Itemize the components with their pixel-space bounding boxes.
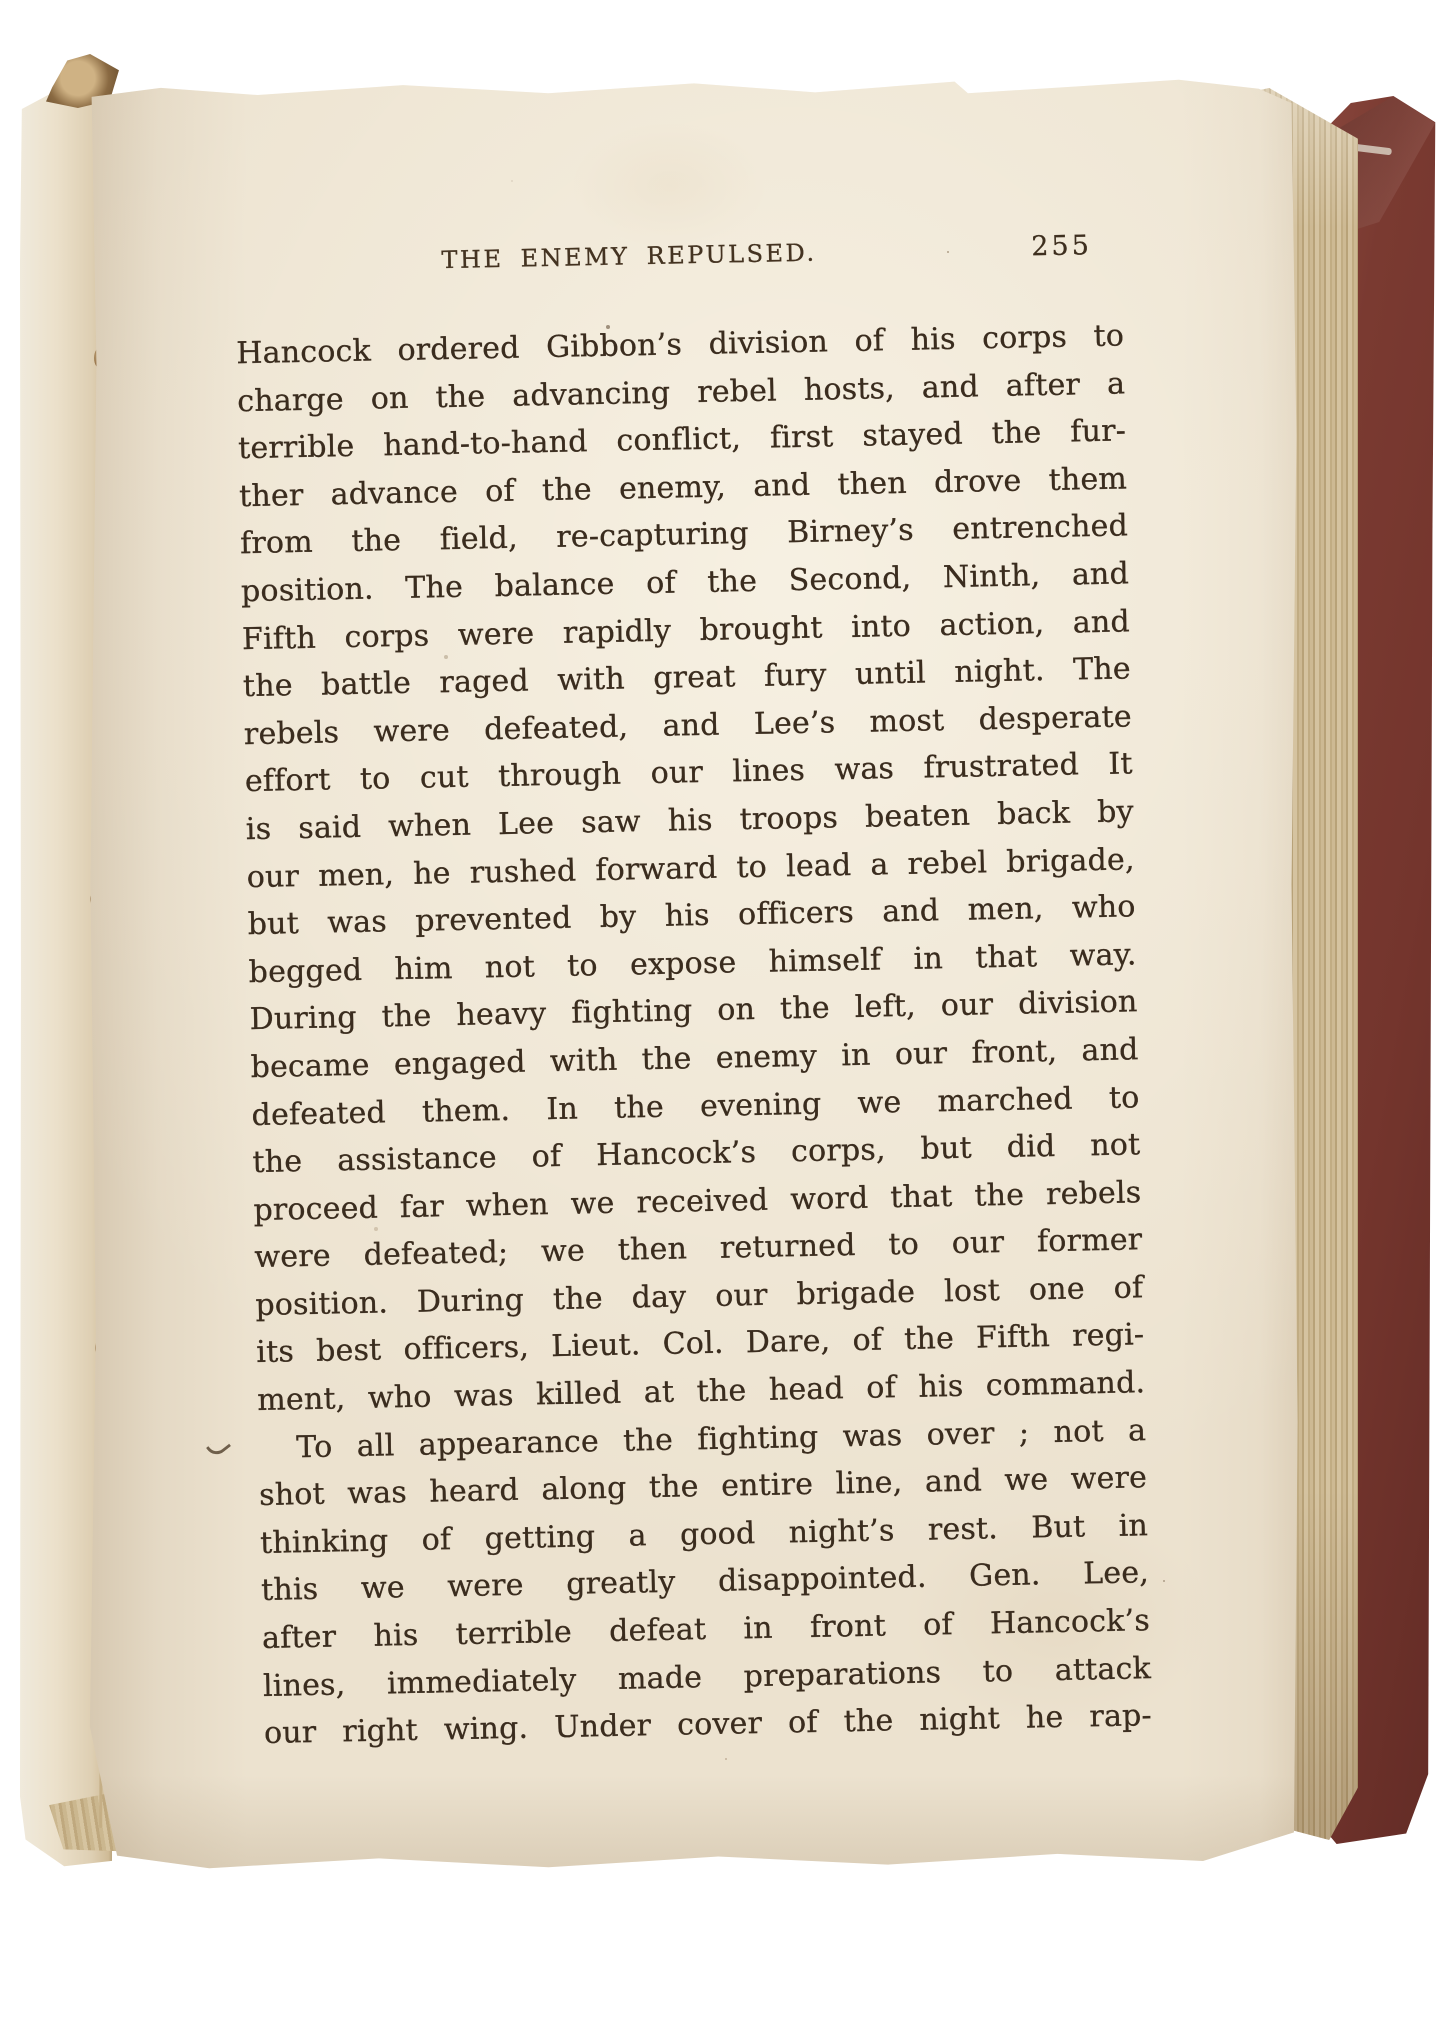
book-page: THE ENEMY REPULSED. 255 Hancock ordered …	[88, 78, 1300, 1870]
body-text: Hancock ordered Gibbon’s division of his…	[236, 312, 1152, 1757]
printed-text: THE ENEMY REPULSED. 255 Hancock ordered …	[83, 57, 1331, 1873]
page-number: 255	[1031, 230, 1092, 262]
running-header: THE ENEMY REPULSED.	[441, 239, 817, 275]
book-photo: THE ENEMY REPULSED. 255 Hancock ordered …	[0, 0, 1445, 2023]
